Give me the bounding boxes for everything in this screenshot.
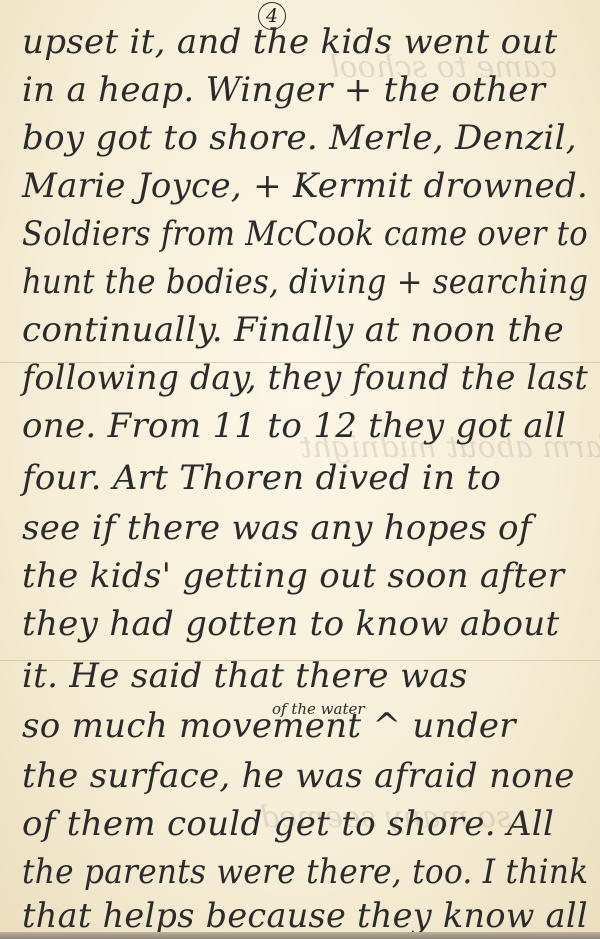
scan-bottom-edge: [0, 932, 600, 939]
text-line: of them could get to shore. All: [22, 804, 554, 844]
text-line: Marie Joyce, + Kermit drowned.: [22, 166, 588, 206]
text-line: boy got to shore. Merle, Denzil,: [22, 118, 577, 158]
text-line: upset it, and the kids went out: [22, 22, 558, 62]
text-line: the kids' getting out soon after: [22, 556, 564, 596]
text-line: one. From 11 to 12 they got all: [22, 406, 566, 446]
text-line: continually. Finally at noon the: [22, 310, 564, 350]
text-line: so much movement ^ under: [22, 706, 516, 746]
text-line: in a heap. Winger + the other: [22, 70, 545, 110]
text-line: four. Art Thoren dived in to: [22, 458, 501, 498]
text-line: the parents were there, too. I think: [22, 852, 588, 892]
letter-page: came to school in farm about midnight so…: [0, 0, 600, 932]
text-line: the surface, he was afraid none: [22, 756, 575, 796]
text-line: hunt the bodies, diving + searching: [22, 262, 588, 302]
text-line: it. He said that there was: [22, 656, 468, 696]
text-line: Soldiers from McCook came over to: [22, 214, 588, 254]
text-line: see if there was any hopes of: [22, 508, 532, 548]
text-line: they had gotten to know about: [22, 604, 559, 644]
text-line: following day, they found the last: [22, 358, 588, 398]
text-line: that helps because they know all: [22, 896, 588, 932]
